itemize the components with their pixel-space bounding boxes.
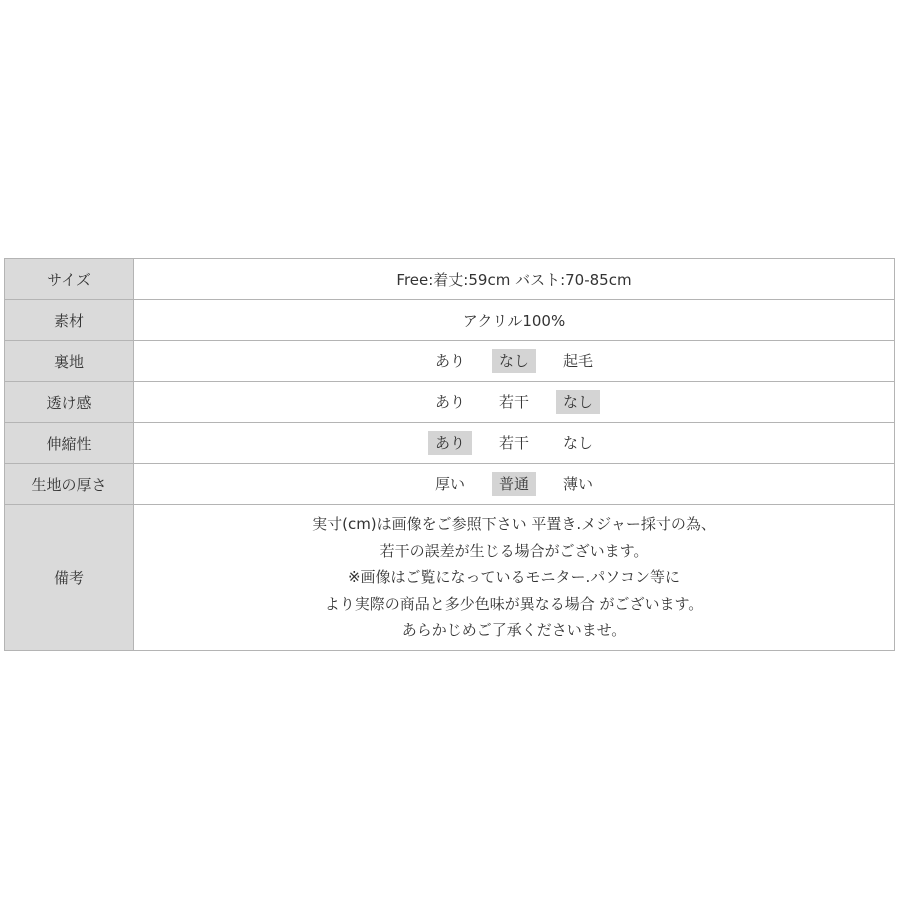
option: あり	[428, 349, 472, 373]
notes-label: 備考	[5, 505, 134, 651]
notes-text: 実寸(cm)は画像をご参照下さい 平置き.メジャー採寸の為、 若干の誤差が生じる…	[134, 505, 895, 651]
option: 薄い	[556, 472, 600, 496]
product-spec-table: サイズ Free:着丈:59cm バスト:70-85cm 素材 アクリル100%…	[4, 258, 895, 651]
material-label: 素材	[5, 300, 134, 341]
lining-label: 裏地	[5, 341, 134, 382]
notes-line: 実寸(cm)は画像をご参照下さい 平置き.メジャー採寸の為、	[134, 511, 894, 538]
notes-line: ※画像はご覧になっているモニター.パソコン等に	[134, 564, 894, 591]
option-selected: 普通	[492, 472, 536, 496]
notes-line: あらかじめご了承くださいませ。	[134, 617, 894, 644]
size-label: サイズ	[5, 259, 134, 300]
lining-options: ありなし起毛	[134, 341, 895, 382]
spec-row-notes: 備考 実寸(cm)は画像をご参照下さい 平置き.メジャー採寸の為、 若干の誤差が…	[5, 505, 895, 651]
thickness-options: 厚い普通薄い	[134, 464, 895, 505]
option: あり	[428, 390, 472, 414]
spec-row-stretch: 伸縮性 あり若干なし	[5, 423, 895, 464]
notes-line: 若干の誤差が生じる場合がございます。	[134, 538, 894, 565]
spec-row-thickness: 生地の厚さ 厚い普通薄い	[5, 464, 895, 505]
spec-row-material: 素材 アクリル100%	[5, 300, 895, 341]
option-selected: あり	[428, 431, 472, 455]
option: 若干	[492, 431, 536, 455]
size-value: Free:着丈:59cm バスト:70-85cm	[134, 259, 895, 300]
option-selected: なし	[492, 349, 536, 373]
spec-row-size: サイズ Free:着丈:59cm バスト:70-85cm	[5, 259, 895, 300]
spec-row-sheerness: 透け感 あり若干なし	[5, 382, 895, 423]
sheerness-options: あり若干なし	[134, 382, 895, 423]
option: なし	[556, 431, 600, 455]
option: 厚い	[428, 472, 472, 496]
spec-row-lining: 裏地 ありなし起毛	[5, 341, 895, 382]
option: 若干	[492, 390, 536, 414]
sheerness-label: 透け感	[5, 382, 134, 423]
option-selected: なし	[556, 390, 600, 414]
notes-line: より実際の商品と多少色味が異なる場合 がございます。	[134, 591, 894, 618]
material-value: アクリル100%	[134, 300, 895, 341]
thickness-label: 生地の厚さ	[5, 464, 134, 505]
option: 起毛	[556, 349, 600, 373]
stretch-options: あり若干なし	[134, 423, 895, 464]
stretch-label: 伸縮性	[5, 423, 134, 464]
